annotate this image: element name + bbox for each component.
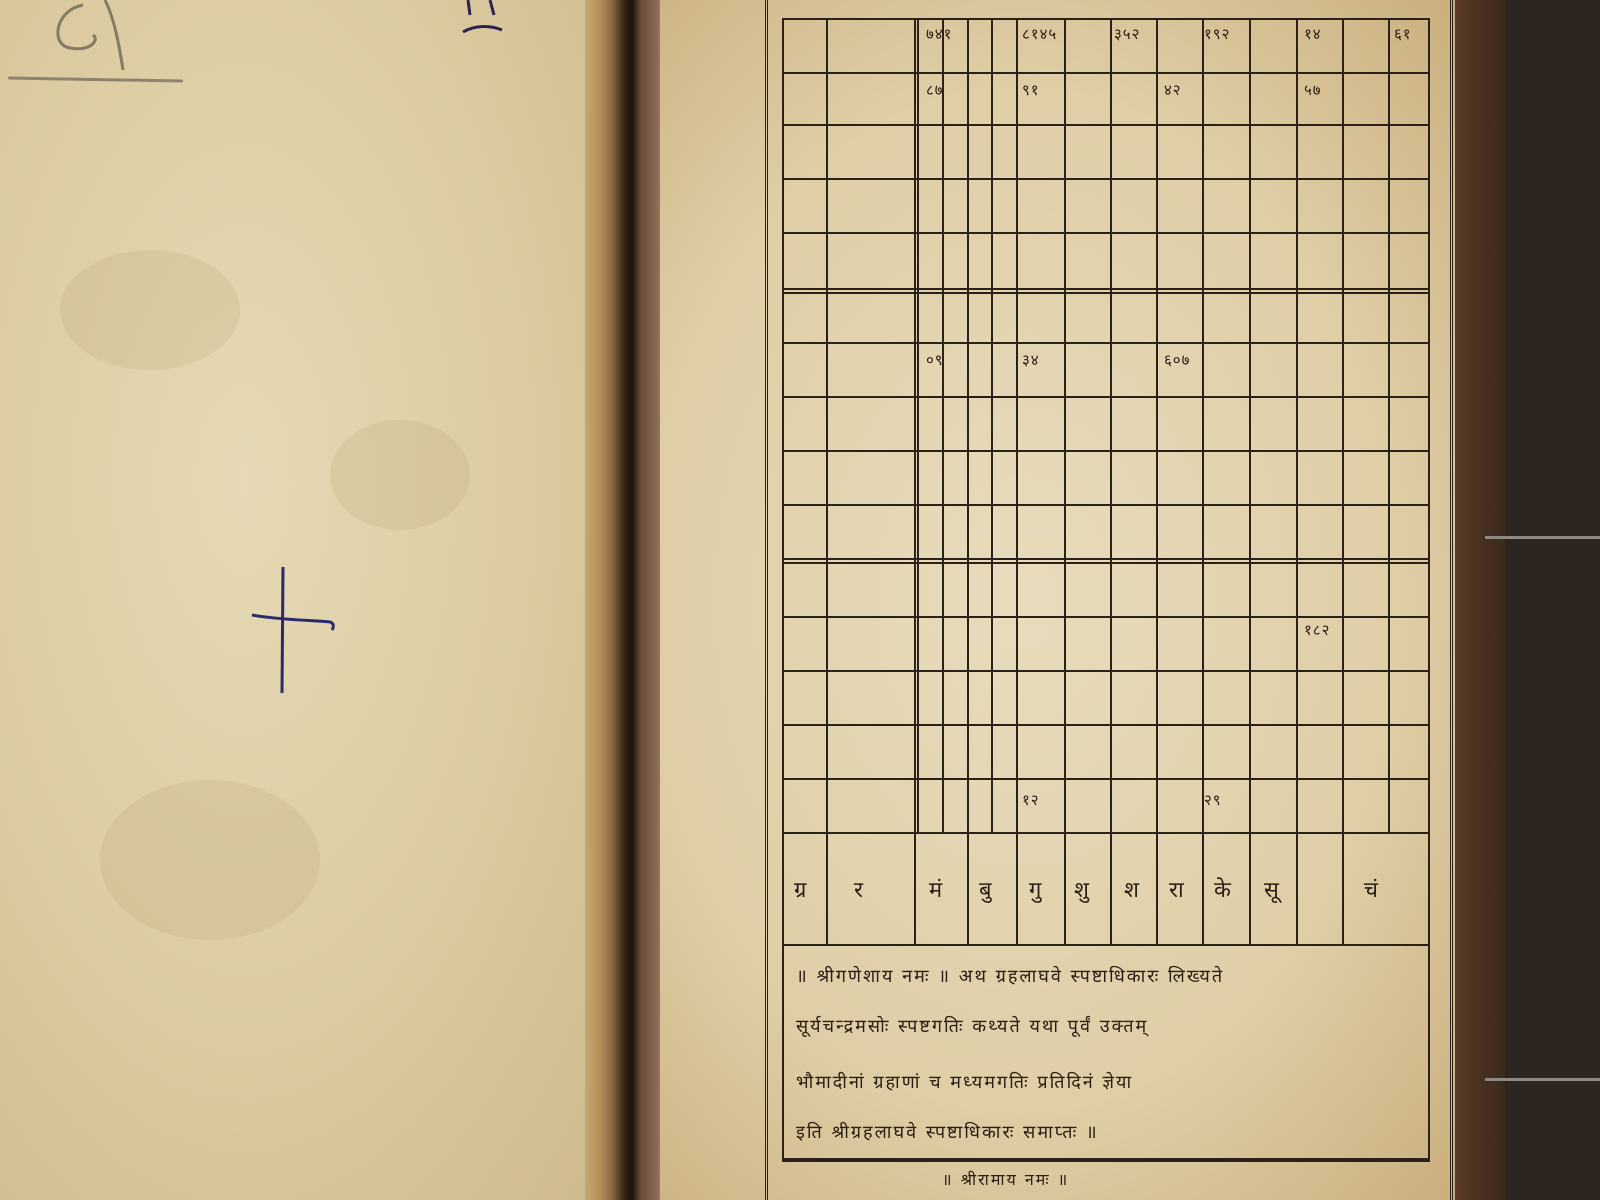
book-cover	[1505, 0, 1600, 1200]
planet-symbol: गु	[1029, 874, 1042, 904]
table-cell: ८१४५	[1022, 24, 1057, 44]
cover-edge	[1455, 0, 1505, 1200]
planet-symbol: बु	[979, 874, 993, 904]
text-line: इति श्रीग्रहलाघवे स्पष्टाधिकारः समाप्तः …	[796, 1120, 1416, 1146]
cover-seam	[1485, 536, 1600, 539]
table-cell: ६१	[1394, 24, 1412, 44]
cover-seam	[1485, 1078, 1600, 1081]
left-page	[0, 0, 610, 1200]
pencil-underline	[8, 76, 183, 82]
paper-stain	[100, 780, 320, 940]
table-cell: ६०७	[1164, 350, 1190, 370]
planet-symbol: चं	[1364, 874, 1379, 904]
manuscript-text-block: ॥ श्रीगणेशाय नमः ॥ अथ ग्रहलाघवे स्पष्टाध…	[782, 946, 1430, 1160]
table-cell: ५७	[1304, 80, 1322, 100]
text-line: ॥ श्रीगणेशाय नमः ॥ अथ ग्रहलाघवे स्पष्टाध…	[796, 964, 1416, 990]
planet-symbol: सू	[1264, 874, 1280, 904]
table-cell: ८७	[926, 80, 944, 100]
table-cell: ७४१	[926, 24, 952, 44]
bottom-rule: ॥ श्रीरामाय नमः ॥	[782, 1160, 1430, 1200]
table-cell: ३४	[1022, 350, 1040, 370]
planet-symbol: र	[854, 874, 864, 904]
table-cell: ४२	[1164, 80, 1182, 100]
pencil-mark-icon	[45, 0, 155, 70]
planet-symbol: मं	[929, 874, 943, 904]
planet-symbol-row: ग्र र मं बु गु शु श रा के सू चं	[782, 834, 1430, 946]
planet-symbol: ग्र	[794, 874, 807, 904]
table-cell: ९१	[1022, 80, 1040, 100]
table-cell: १४	[1304, 24, 1322, 44]
paper-stain	[330, 420, 470, 530]
text-line: सूर्यचन्द्रमसोः स्पष्टगतिः कथ्यते यथा पू…	[796, 1014, 1416, 1040]
ink-mark-icon	[460, 0, 510, 40]
table-cell: ३५२	[1114, 24, 1140, 44]
table-cell: २९	[1204, 790, 1222, 810]
planet-symbol: रा	[1169, 874, 1185, 904]
table-cell: ०९	[926, 350, 944, 370]
table-cell: १९२	[1204, 24, 1230, 44]
bottom-text: ॥ श्रीरामाय नमः ॥	[942, 1168, 1069, 1190]
astronomical-table: ७४१ ८१४५ ३५२ १९२ १४ ६१ ८७ ९१ ४२ ५७ ०९ ३४…	[782, 18, 1430, 834]
blue-cross-icon	[250, 565, 340, 700]
text-line: भौमादीनां ग्रहाणां च मध्यमगतिः प्रतिदिनं…	[796, 1070, 1416, 1096]
planet-symbol: श	[1124, 874, 1140, 904]
planet-symbol: शु	[1074, 874, 1090, 904]
table-cell: १८२	[1304, 620, 1330, 640]
paper-stain	[60, 250, 240, 370]
planet-symbol: के	[1214, 874, 1232, 904]
table-cell: १२	[1022, 790, 1040, 810]
